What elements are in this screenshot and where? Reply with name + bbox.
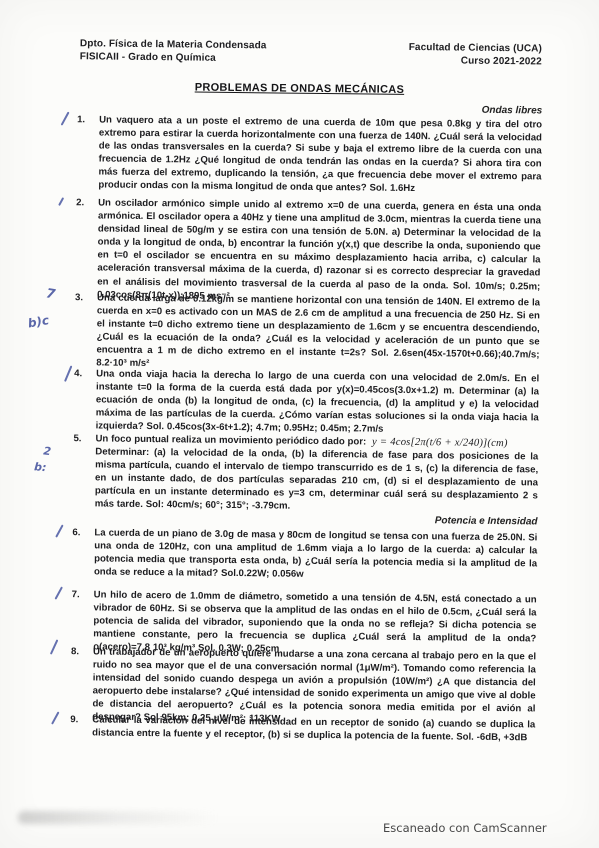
faculty-line: Facultad de Ciencias (UCA) [409,42,542,56]
handwritten-slash-problem7 [54,586,62,599]
problem-number: 1. [76,113,93,192]
problem-number: 7. [71,588,88,654]
course-line: Curso 2021-2022 [409,54,542,68]
page-title: PROBLEMAS DE ONDAS MECÁNICAS [59,80,539,97]
scan-smudge-artifact [18,811,218,824]
problem-number: 5. [73,432,90,511]
scanned-page: Dpto. Física de la Materia Condensada FI… [0,0,599,848]
problem-number: 9. [70,713,86,739]
problem-text: Un oscilador armónico simple unido al ex… [97,196,541,306]
header-department: Dpto. Física de la Materia Condensada FI… [80,38,267,65]
problem-1: 1. Un vaquero ata a un poste el extremo … [76,113,542,197]
problem-9: 9. Calcular la variación del nivel de in… [70,713,535,744]
camscanner-watermark: Escaneado con CamScanner [383,821,547,835]
handwritten-slash-problem1 [61,112,70,126]
handwritten-mark-problem3: 7 [45,286,56,302]
wave-equation-formula: y = 4cos[2π(t/6 + x/240)](cm) [372,437,508,450]
department-line2: FISICAII - Grado en Química [80,51,267,66]
problem-6: 6. La cuerda de un piano de 3.0g de masa… [72,526,538,584]
handwritten-note-problem3: b)c [27,313,50,330]
handwritten-slash-problem8 [50,639,58,654]
section-label-ondas-libres: Ondas libres [482,105,543,117]
problem-3: 3. Una cuerda larga de 0.12kg/m se manti… [74,291,540,375]
problem-2: 2. Un oscilador armónico simple unido al… [75,196,541,306]
problem-intro: Un foco puntual realiza un movimiento pe… [95,433,366,447]
problem-text: Una cuerda larga de 0.12kg/m se mantiene… [96,291,540,375]
problem-text: Calcular la variación del nivel de inten… [92,713,535,744]
handwritten-mark-problem5a: 2 [43,444,52,458]
problem-4: 4. Una onda viaja hacia la derecha lo la… [74,367,540,438]
handwritten-slash-problem9 [51,711,59,724]
problem-text: Un vaquero ata a un poste el extremo de … [98,113,542,197]
section-label-potencia-intensidad: Potencia e Intensidad [435,515,538,527]
header-faculty: Facultad de Ciencias (UCA) Curso 2021-20… [409,42,542,69]
handwritten-mark-problem5b: b: [34,460,47,474]
problem-text: Un foco puntual realiza un movimiento pe… [95,432,539,516]
problem-5: 5. Un foco puntual realiza un movimiento… [73,432,539,516]
handwritten-slash-problem6 [55,524,63,537]
problem-text: Una onda viaja hacia la derecha lo largo… [96,367,540,437]
problem-number: 8. [70,645,87,724]
problem-text: La cuerda de un piano de 3.0g de masa y … [94,526,538,583]
problem-number: 6. [72,526,89,579]
handwritten-slash-problem2 [58,197,64,206]
problem-number: 3. [74,291,91,370]
problem-body: Determinar: (a) la velocidad de la onda,… [95,447,539,513]
problem-number: 2. [75,196,92,301]
problem-number: 4. [74,367,91,433]
handwritten-slash-problem4 [64,365,72,381]
document-header: Dpto. Física de la Materia Condensada FI… [80,38,542,68]
